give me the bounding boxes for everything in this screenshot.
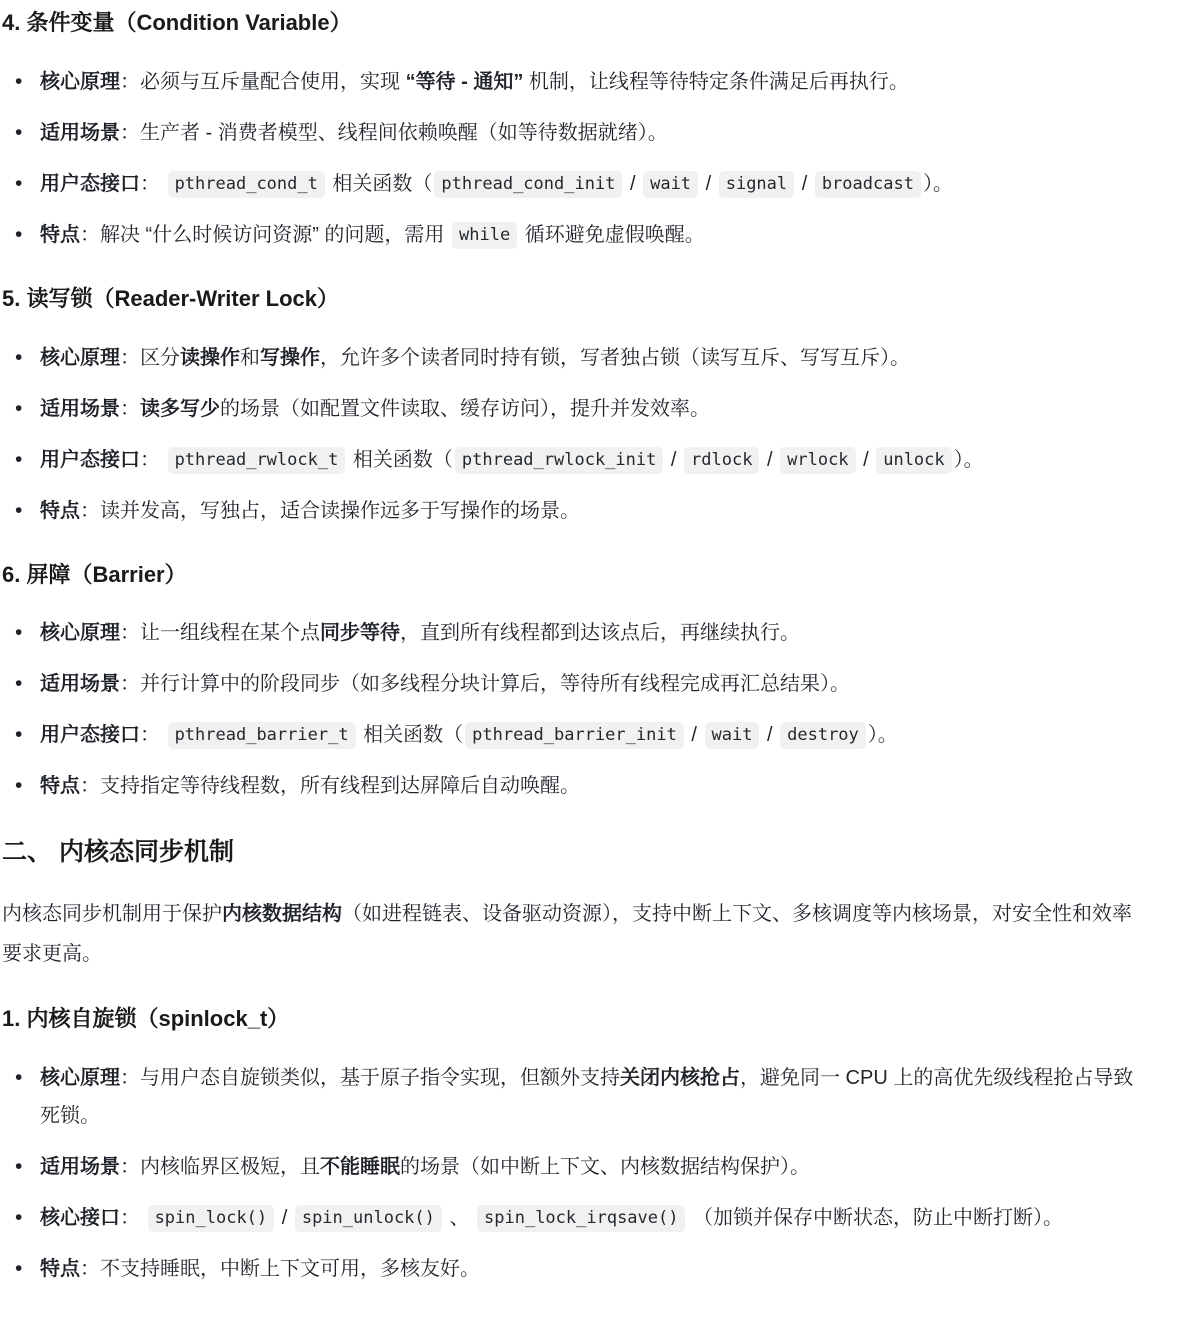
text-run: /	[624, 173, 641, 195]
paragraph: 内核态同步机制用于保护内核数据结构（如进程链表、设备驱动资源），支持中断上下文、…	[2, 894, 1140, 974]
text-run: ：	[140, 173, 166, 195]
text-run-bold: 特点	[40, 1258, 80, 1280]
list-item: 适用场景：生产者 - 消费者模型、线程间依赖唤醒（如等待数据就绪）。	[2, 114, 1140, 152]
text-run: 、	[444, 1207, 475, 1229]
text-run-bold: 适用场景	[40, 673, 120, 695]
inline-code: pthread_cond_t	[168, 171, 325, 198]
text-run-bold: 关闭内核抢占	[620, 1067, 740, 1089]
inline-code: pthread_barrier_init	[465, 722, 684, 749]
inline-code: spin_lock()	[148, 1205, 275, 1232]
text-run-bold: 同步等待	[320, 622, 400, 644]
bullet-list: 核心原理：与用户态自旋锁类似，基于原子指令实现，但额外支持关闭内核抢占，避免同一…	[2, 1059, 1140, 1288]
text-run: 的场景（如配置文件读取、缓存访问），提升并发效率。	[220, 398, 710, 420]
text-run: 机制，让线程等待特定条件满足后再执行。	[523, 71, 909, 93]
text-run: ：读并发高，写独占，适合读操作远多于写操作的场景。	[80, 500, 580, 522]
text-run: ）。	[954, 449, 984, 471]
inline-code: while	[452, 222, 517, 249]
text-run: 内核态同步机制用于保护	[2, 903, 222, 925]
inline-code: spin_unlock()	[295, 1205, 442, 1232]
inline-code: unlock	[876, 447, 951, 474]
list-item: 特点：读并发高，写独占，适合读操作远多于写操作的场景。	[2, 492, 1140, 530]
text-run-bold: 核心接口	[40, 1207, 120, 1229]
text-run: /	[761, 724, 778, 746]
text-run: /	[665, 449, 682, 471]
list-item: 特点：支持指定等待线程数，所有线程到达屏障后自动唤醒。	[2, 767, 1140, 805]
text-run-bold: 特点	[40, 500, 80, 522]
list-item: 核心原理：让一组线程在某个点同步等待，直到所有线程都到达该点后，再继续执行。	[2, 614, 1140, 652]
text-run: ：并行计算中的阶段同步（如多线程分块计算后，等待所有线程完成再汇总结果）。	[120, 673, 850, 695]
text-run: /	[686, 724, 703, 746]
text-run-bold: 适用场景	[40, 1156, 120, 1178]
text-run-bold: 6. 屏障（Barrier）	[2, 562, 187, 587]
text-run: （加锁并保存中断状态，防止中断打断）。	[687, 1207, 1063, 1229]
text-run: ：内核临界区极短，且	[120, 1156, 320, 1178]
text-run: 的场景（如中断上下文、内核数据结构保护）。	[400, 1156, 810, 1178]
text-run: ：让一组线程在某个点	[120, 622, 320, 644]
inline-code: pthread_cond_init	[434, 171, 622, 198]
inline-code: wait	[705, 722, 760, 749]
text-run-bold: 读多写少	[140, 398, 220, 420]
text-run: 循环避免虚假唤醒。	[519, 224, 705, 246]
text-run: ：解决 “什么时候访问资源” 的问题，需用	[80, 224, 450, 246]
text-run-bold: 写操作	[260, 347, 320, 369]
text-run: ：	[140, 724, 166, 746]
list-item: 核心原理：区分读操作和写操作，允许多个读者同时持有锁，写者独占锁（读写互斥、写写…	[2, 339, 1140, 377]
inline-code: wrlock	[780, 447, 855, 474]
text-run: ：	[140, 449, 166, 471]
text-run: ：支持指定等待线程数，所有线程到达屏障后自动唤醒。	[80, 775, 580, 797]
list-item: 用户态接口： pthread_rwlock_t 相关函数（pthread_rwl…	[2, 441, 1140, 479]
section-heading: 1. 内核自旋锁（spinlock_t）	[2, 1004, 1140, 1035]
text-run-bold: 4. 条件变量（Condition Variable）	[2, 10, 352, 35]
inline-code: rdlock	[684, 447, 759, 474]
list-item: 用户态接口： pthread_cond_t 相关函数（pthread_cond_…	[2, 165, 1140, 203]
text-run-bold: 核心原理	[40, 622, 120, 644]
text-run: /	[796, 173, 813, 195]
text-run: 相关函数（	[327, 173, 433, 195]
section-heading: 4. 条件变量（Condition Variable）	[2, 8, 1140, 39]
text-run: ）。	[923, 173, 953, 195]
list-item: 适用场景：内核临界区极短，且不能睡眠的场景（如中断上下文、内核数据结构保护）。	[2, 1148, 1140, 1186]
section-heading: 5. 读写锁（Reader-Writer Lock）	[2, 284, 1140, 315]
text-run: ，直到所有线程都到达该点后，再继续执行。	[400, 622, 800, 644]
list-item: 核心原理：必须与互斥量配合使用，实现 “等待 - 通知” 机制，让线程等待特定条…	[2, 63, 1140, 101]
list-item: 用户态接口： pthread_barrier_t 相关函数（pthread_ba…	[2, 716, 1140, 754]
text-run: ：与用户态自旋锁类似，基于原子指令实现，但额外支持	[120, 1067, 620, 1089]
bullet-list: 核心原理：区分读操作和写操作，允许多个读者同时持有锁，写者独占锁（读写互斥、写写…	[2, 339, 1140, 530]
text-run-bold: 用户态接口	[40, 449, 140, 471]
text-run: ）。	[868, 724, 898, 746]
text-run: ：不支持睡眠，中断上下文可用，多核友好。	[80, 1258, 480, 1280]
text-run: 和	[240, 347, 260, 369]
text-run: ：必须与互斥量配合使用，实现	[120, 71, 406, 93]
text-run: 相关函数（	[358, 724, 464, 746]
list-item: 适用场景：并行计算中的阶段同步（如多线程分块计算后，等待所有线程完成再汇总结果）…	[2, 665, 1140, 703]
section-heading: 6. 屏障（Barrier）	[2, 560, 1140, 591]
list-item: 特点：不支持睡眠，中断上下文可用，多核友好。	[2, 1250, 1140, 1288]
text-run-bold: 特点	[40, 775, 80, 797]
text-run: /	[858, 449, 875, 471]
text-run: /	[700, 173, 717, 195]
text-run-bold: 核心原理	[40, 1067, 120, 1089]
text-run-bold: 适用场景	[40, 398, 120, 420]
text-run-bold: 用户态接口	[40, 724, 140, 746]
document-body: 4. 条件变量（Condition Variable）核心原理：必须与互斥量配合…	[0, 0, 1186, 1330]
text-run: ：区分	[120, 347, 180, 369]
text-run-bold: 1. 内核自旋锁（spinlock_t）	[2, 1006, 289, 1031]
text-run: ，允许多个读者同时持有锁，写者独占锁（读写互斥、写写互斥）。	[320, 347, 910, 369]
text-run: 相关函数（	[347, 449, 453, 471]
text-run-bold: 5. 读写锁（Reader-Writer Lock）	[2, 286, 339, 311]
text-run-bold: 不能睡眠	[320, 1156, 400, 1178]
text-run-bold: 特点	[40, 224, 80, 246]
list-item: 核心接口： spin_lock() / spin_unlock() 、 spin…	[2, 1199, 1140, 1237]
list-item: 适用场景：读多写少的场景（如配置文件读取、缓存访问），提升并发效率。	[2, 390, 1140, 428]
text-run-bold: 核心原理	[40, 71, 120, 93]
text-run: ：	[120, 1207, 146, 1229]
section-heading: 二、 内核态同步机制	[2, 835, 1140, 870]
bullet-list: 核心原理：让一组线程在某个点同步等待，直到所有线程都到达该点后，再继续执行。适用…	[2, 614, 1140, 805]
inline-code: pthread_rwlock_init	[455, 447, 663, 474]
text-run: /	[761, 449, 778, 471]
inline-code: pthread_barrier_t	[168, 722, 356, 749]
text-run-bold: 读操作	[180, 347, 240, 369]
text-run: ：生产者 - 消费者模型、线程间依赖唤醒（如等待数据就绪）。	[120, 122, 668, 144]
inline-code: spin_lock_irqsave()	[477, 1205, 685, 1232]
text-run-bold: 用户态接口	[40, 173, 140, 195]
text-run: /	[276, 1207, 293, 1229]
inline-code: pthread_rwlock_t	[168, 447, 346, 474]
text-run-bold: 内核数据结构	[222, 903, 342, 925]
text-run-bold: “等待 - 通知”	[406, 71, 524, 93]
text-run-bold: 适用场景	[40, 122, 120, 144]
inline-code: signal	[719, 171, 794, 198]
text-run-bold: 二、 内核态同步机制	[2, 838, 234, 866]
inline-code: wait	[643, 171, 698, 198]
inline-code: broadcast	[815, 171, 921, 198]
list-item: 核心原理：与用户态自旋锁类似，基于原子指令实现，但额外支持关闭内核抢占，避免同一…	[2, 1059, 1140, 1135]
text-run: ：	[120, 398, 140, 420]
bullet-list: 核心原理：必须与互斥量配合使用，实现 “等待 - 通知” 机制，让线程等待特定条…	[2, 63, 1140, 254]
inline-code: destroy	[780, 722, 866, 749]
text-run-bold: 核心原理	[40, 347, 120, 369]
list-item: 特点：解决 “什么时候访问资源” 的问题，需用 while 循环避免虚假唤醒。	[2, 216, 1140, 254]
